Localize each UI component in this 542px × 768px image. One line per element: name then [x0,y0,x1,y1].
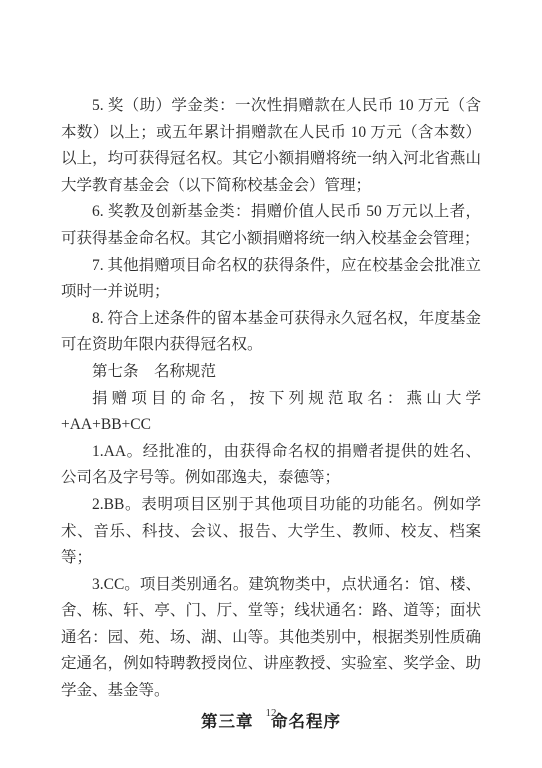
clause-5-scholarship: 5. 奖（助）学金类：一次性捐赠款在人民币 10 万元（含本数）以上；或五年累计… [61,93,481,199]
item-cc-definition: 3.CC。项目类别通名。建筑物类中，点状通名：馆、楼、舍、栋、轩、亭、门、厅、堂… [61,572,481,705]
clause-7-other-projects: 7. 其他捐赠项目命名权的获得条件，应在校基金会批准立项时一并说明； [61,253,481,306]
page-number: 12 [0,706,542,720]
item-aa-definition: 1.AA。经批准的，由获得命名权的捐赠者提供的姓名、公司名及字号等。例如邵逸夫，… [61,439,481,492]
document-content: 5. 奖（助）学金类：一次性捐赠款在人民币 10 万元（含本数）以上；或五年累计… [61,93,481,735]
article-7-heading: 第七条 名称规范 [61,359,481,386]
clause-8-permanent-naming: 8. 符合上述条件的留本基金可获得永久冠名权，年度基金可在资助年限内获得冠名权。 [61,306,481,359]
page: 5. 奖（助）学金类：一次性捐赠款在人民币 10 万元（含本数）以上；或五年累计… [0,0,542,768]
naming-rule-intro: 捐赠项目的命名，按下列规范取名：燕山大学+AA+BB+CC [61,386,481,439]
item-bb-definition: 2.BB。表明项目区别于其他项目功能的功能名。例如学术、音乐、科技、会议、报告、… [61,492,481,572]
clause-6-teaching-fund: 6. 奖教及创新基金类：捐赠价值人民币 50 万元以上者，可获得基金命名权。其它… [61,199,481,252]
document-page: { "page": { "background_color": "#ffffff… [0,0,542,768]
